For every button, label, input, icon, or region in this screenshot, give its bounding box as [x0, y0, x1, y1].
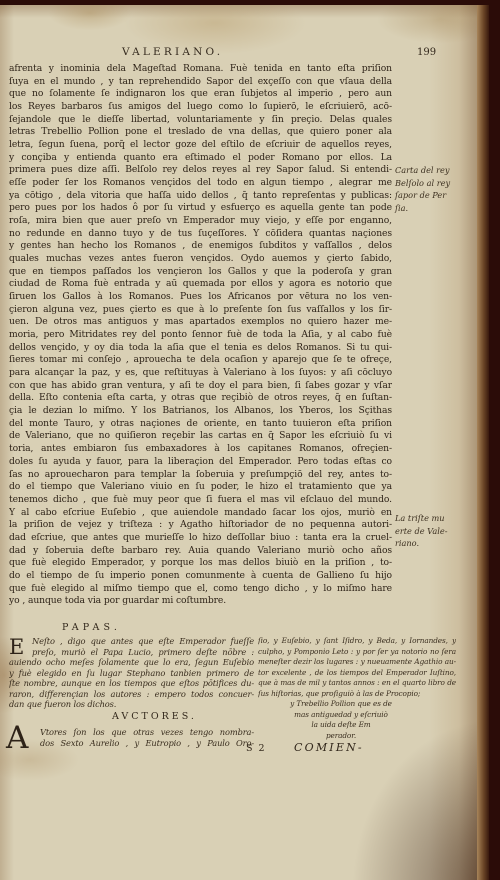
body-text-line: dad eſcriue, que antes que murieſſe lo h… [9, 532, 392, 545]
body-text-line: y conçiba y entienda quanto era eſtimado… [9, 152, 392, 165]
body-text-line: ya cōtigo , dela vitoria que haſſa uido … [9, 190, 392, 203]
margin-note-line: La triſte mu [395, 512, 469, 525]
body-text-line: letra, ſegun ſuena, porq̄ el lector goze… [9, 139, 392, 152]
body-text-line: uen. De otros mas antiguos y mas apartad… [9, 316, 392, 329]
margin-note-line: Carta del rey [395, 164, 469, 177]
body-text-line: toria, antes embiaron ſus embaxadores à … [9, 443, 392, 456]
margin-note-death-of-valeriano: La triſte muerte de Vale-riano. [395, 512, 469, 550]
papas-text-line: dan que fueron los dichos. [9, 699, 254, 710]
body-text-line: que en tiempos paſſados los vençieron lo… [9, 266, 392, 279]
body-text-line: quales muchas vezes antes fueron vençido… [9, 253, 392, 266]
body-text-line: para alcançar la paz, y es, que reſtituy… [9, 367, 392, 380]
auctores-text-line: Vtores ſon los que otras vezes tengo nom… [9, 727, 254, 738]
page-edge-shadow [477, 5, 489, 880]
body-text-line: do el tiempo de ſu imperio ponen comunme… [9, 570, 392, 583]
auctores-section-text: Vtores ſon los que otras vezes tengo nom… [9, 727, 254, 748]
body-text-line: ſuya en el mundo , y tan reprehendido Sa… [9, 76, 392, 89]
body-text-line: roſa, mira bien que auer preſo vn Empera… [9, 215, 392, 228]
main-text-block: afrenta y inominia dela Mageſtad Romana.… [9, 63, 392, 608]
body-text-line: y gentes han hecho los Romanos , de enem… [9, 240, 392, 253]
body-text-line: la priſion de vejez y triſteza : y Agath… [9, 519, 392, 532]
body-text-line: no redunde en danno tuyo y de tus ſuçeſſ… [9, 228, 392, 241]
body-text-line: yo , aunque toda via por guardar mi coſt… [9, 595, 392, 608]
body-text-line: con que has abido gran ventura, y aſi te… [9, 380, 392, 393]
body-text-line: los Reyes barbaros ſus amigos del luego … [9, 101, 392, 114]
body-text-line: que fuè elegido Emperador, y porque los … [9, 557, 392, 570]
signature-mark: S 2 [246, 743, 265, 754]
body-text-line: doles ſu ayuda y fauor, para la liberaçi… [9, 456, 392, 469]
body-text-line: moria, pero Mitridates rey del ponto ſen… [9, 329, 392, 342]
body-text-line: çieron alguna vez, pues çierto es que à … [9, 304, 392, 317]
papas-text-line: preſo, muriò el Papa Lucio, primero deſt… [9, 647, 254, 658]
body-text-line: primera pues dize aſſi. Belſolo rey delo… [9, 164, 392, 177]
margin-note-line: erte de Vale- [395, 525, 469, 538]
page-number: 199 [417, 47, 436, 58]
body-text-line: dellos vençido, y oy dia toda la aſia qu… [9, 342, 392, 355]
margin-note-letter-of-king-belsolo: Carta del reyBelſolo al reyſapor de Perſ… [395, 164, 469, 214]
body-text-line: que no ſolamente ſe indignaron los que e… [9, 88, 392, 101]
auctores-right-line: y Trebellio Pollion que es de [266, 699, 416, 710]
papas-text-line: auiendo ocho meſes ſolamente que lo era,… [9, 657, 254, 668]
body-text-line: çia le dezian lo miſmo. Y los Batrianos,… [9, 405, 392, 418]
auctores-text-line: dos Sexto Aurelio , y Eutropio , y Paulo… [9, 738, 254, 749]
body-text-line: ſieres tomar mi conſejo , aprouecha te d… [9, 354, 392, 367]
catchword: COMIEN- [294, 741, 364, 754]
body-text-line: tenemos dicho , que fuè muy peor que ſi … [9, 494, 392, 507]
auctores-right-line: perador. [266, 731, 416, 742]
papas-section-heading: PAPAS. [62, 622, 121, 633]
auctores-right-line: meneſter dezir los lugares : y nueuament… [258, 657, 456, 668]
body-text-line: de Valeriano, que no quiſieron reçebir l… [9, 430, 392, 443]
body-text-line: do el tiempo que Valeriano viuio en ſu p… [9, 481, 392, 494]
body-text-line: que fuè elegido al miſmo tiempo que el, … [9, 583, 392, 596]
auctores-right-line: mas antiguedad y eſcriuiò [266, 710, 416, 721]
body-text-line: eſſe poder ſer los Romanos vençidos del … [9, 177, 392, 190]
margin-note-line: riano. [395, 537, 469, 550]
body-text-line: ſejandole que le dieſſe libertad, volunt… [9, 114, 392, 127]
body-text-line: del monte Tauro, y otras naçiones de ori… [9, 418, 392, 431]
body-text-line: ſas no aprouecharon para templar la ſobe… [9, 469, 392, 482]
body-text-line: pero pues por los hados ô por ſu virtud … [9, 202, 392, 215]
body-text-line: della. Eſto contenia eſta carta, y otras… [9, 392, 392, 405]
body-text-line: afrenta y inominia dela Mageſtad Romana.… [9, 63, 392, 76]
body-text-line: dad y ſoberuia deſte barbaro rey. Auia q… [9, 545, 392, 558]
auctores-section-heading: AVCTORES. [112, 711, 197, 722]
auctores-right-line: que à mas de mil y tantos annos : en el … [258, 678, 456, 689]
running-title: VALERIANO. [122, 46, 223, 58]
auctores-right-line: ſio, y Euſebio, y ſant Iſidro, y Beda, y… [258, 636, 456, 647]
body-text-line: Y al cabo eſcriue Euſebio , que auiendol… [9, 507, 392, 520]
papas-section-text: Neſto , digo que antes que eſte Emperado… [9, 636, 254, 710]
auctores-right-column-text: ſio, y Euſebio, y ſant Iſidro, y Beda, y… [258, 636, 456, 741]
papas-text-line: ſte nombre, aunque en los tiempos que eſ… [9, 678, 254, 689]
auctores-right-line: la uida deſte Em [266, 720, 416, 731]
margin-note-line: ſapor de Per [395, 189, 469, 202]
papas-text-line: y fuè elegido en ſu lugar Stephano tanbi… [9, 668, 254, 679]
auctores-right-line: tor excelente , de los tiempos del Emper… [258, 668, 456, 679]
body-text-line: ciudad de Roma fuè entrada y aū quemada … [9, 278, 392, 291]
auctores-right-line: ſus hiſtorias, que proſiguiò à las de Pr… [258, 689, 456, 700]
papas-text-line: raron, differençian los autores : empero… [9, 689, 254, 700]
papas-text-line: Neſto , digo que antes que eſte Emperado… [9, 636, 254, 647]
body-text-line: letras Trebellio Pollion pone el treslad… [9, 126, 392, 139]
body-text-line: ſiruen los Gallos à los Romanos. Pues lo… [9, 291, 392, 304]
margin-note-line: ſia. [395, 202, 469, 215]
auctores-right-line: culpho, y Pomponio Leto : y por ſer ya n… [258, 647, 456, 658]
margin-note-line: Belſolo al rey [395, 177, 469, 190]
